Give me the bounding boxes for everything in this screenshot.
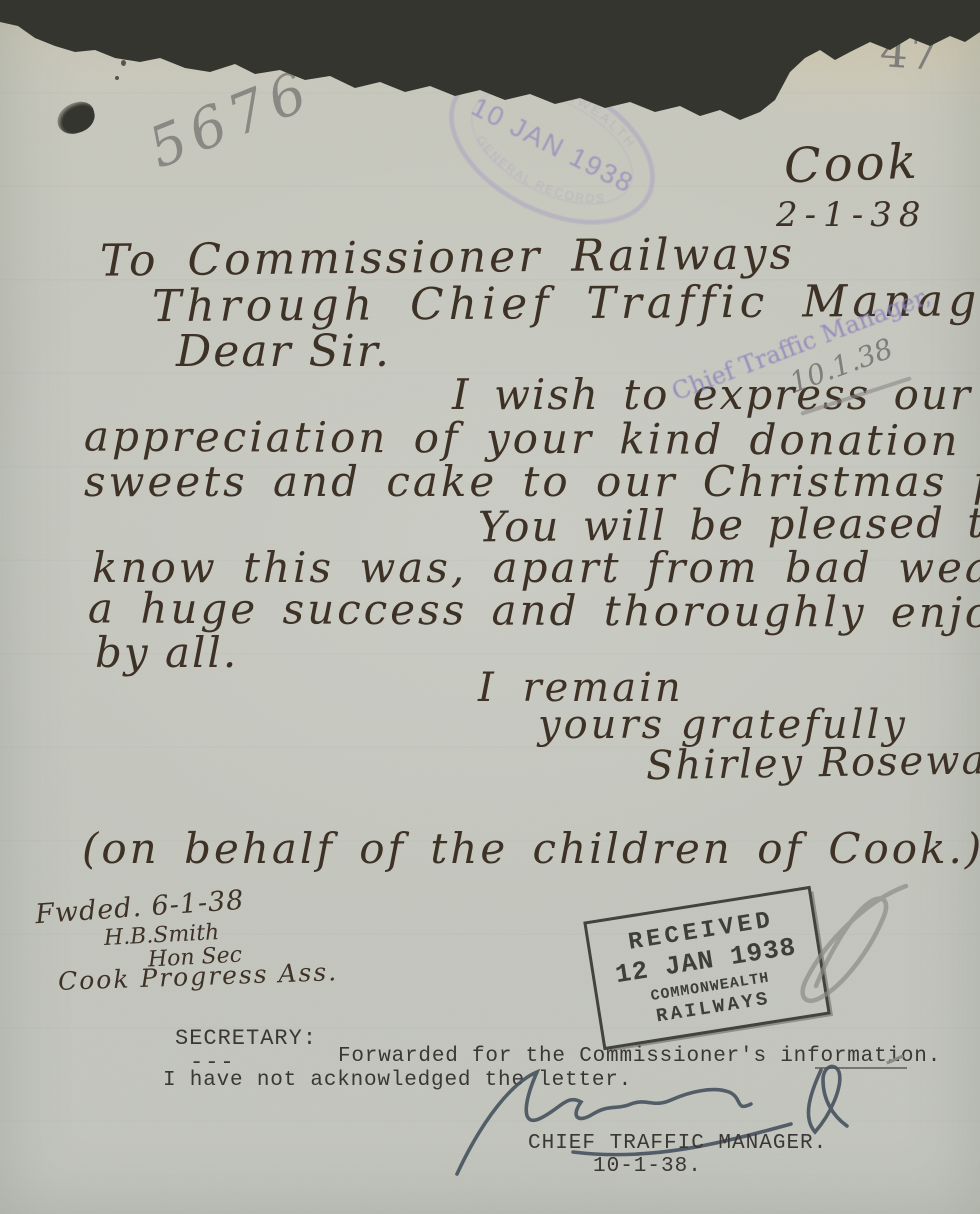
signoff-title: CHIEF TRAFFIC MANAGER. — [528, 1133, 827, 1154]
letter-place: Cook — [783, 138, 920, 191]
letter-line: know this was, apart from bad weather, — [92, 547, 980, 589]
registry-number: 5676 — [142, 62, 321, 178]
pencil-loop-mark — [768, 878, 928, 1028]
secretary-label: SECRETARY: — [175, 1028, 317, 1050]
letter-line: sweets and cake to our Christmas party — [84, 461, 980, 503]
letter-line: To Commissioner Railways — [100, 232, 795, 283]
letter-line: Dear Sir. — [176, 330, 391, 374]
paper-hole — [54, 99, 98, 137]
oval-date-stamp: COMMONWEALTH GENERAL RECORDS 10 JAN 1938 — [424, 52, 680, 242]
letter-line: You will be pleased to — [478, 502, 980, 549]
folio-number: 47 — [879, 30, 942, 78]
ink-speck — [121, 60, 126, 66]
letter-signature-name: Shirley Rosewall — [646, 740, 980, 786]
letter-line: by all. — [95, 632, 238, 674]
ink-speck — [115, 76, 119, 80]
forwarded-note-line: Cook Progress Ass. — [58, 959, 339, 994]
letter-line: appreciation of your kind donation of — [84, 416, 980, 463]
signoff-date: 10-1-38. — [593, 1156, 702, 1177]
letter-line: (on behalf of the children of Cook.) — [82, 828, 980, 870]
letter-page: 47 5676 COMMONWEALTH GENERAL RECORDS 10 … — [0, 0, 980, 1214]
letter-date: 2-1-38 — [776, 198, 928, 232]
